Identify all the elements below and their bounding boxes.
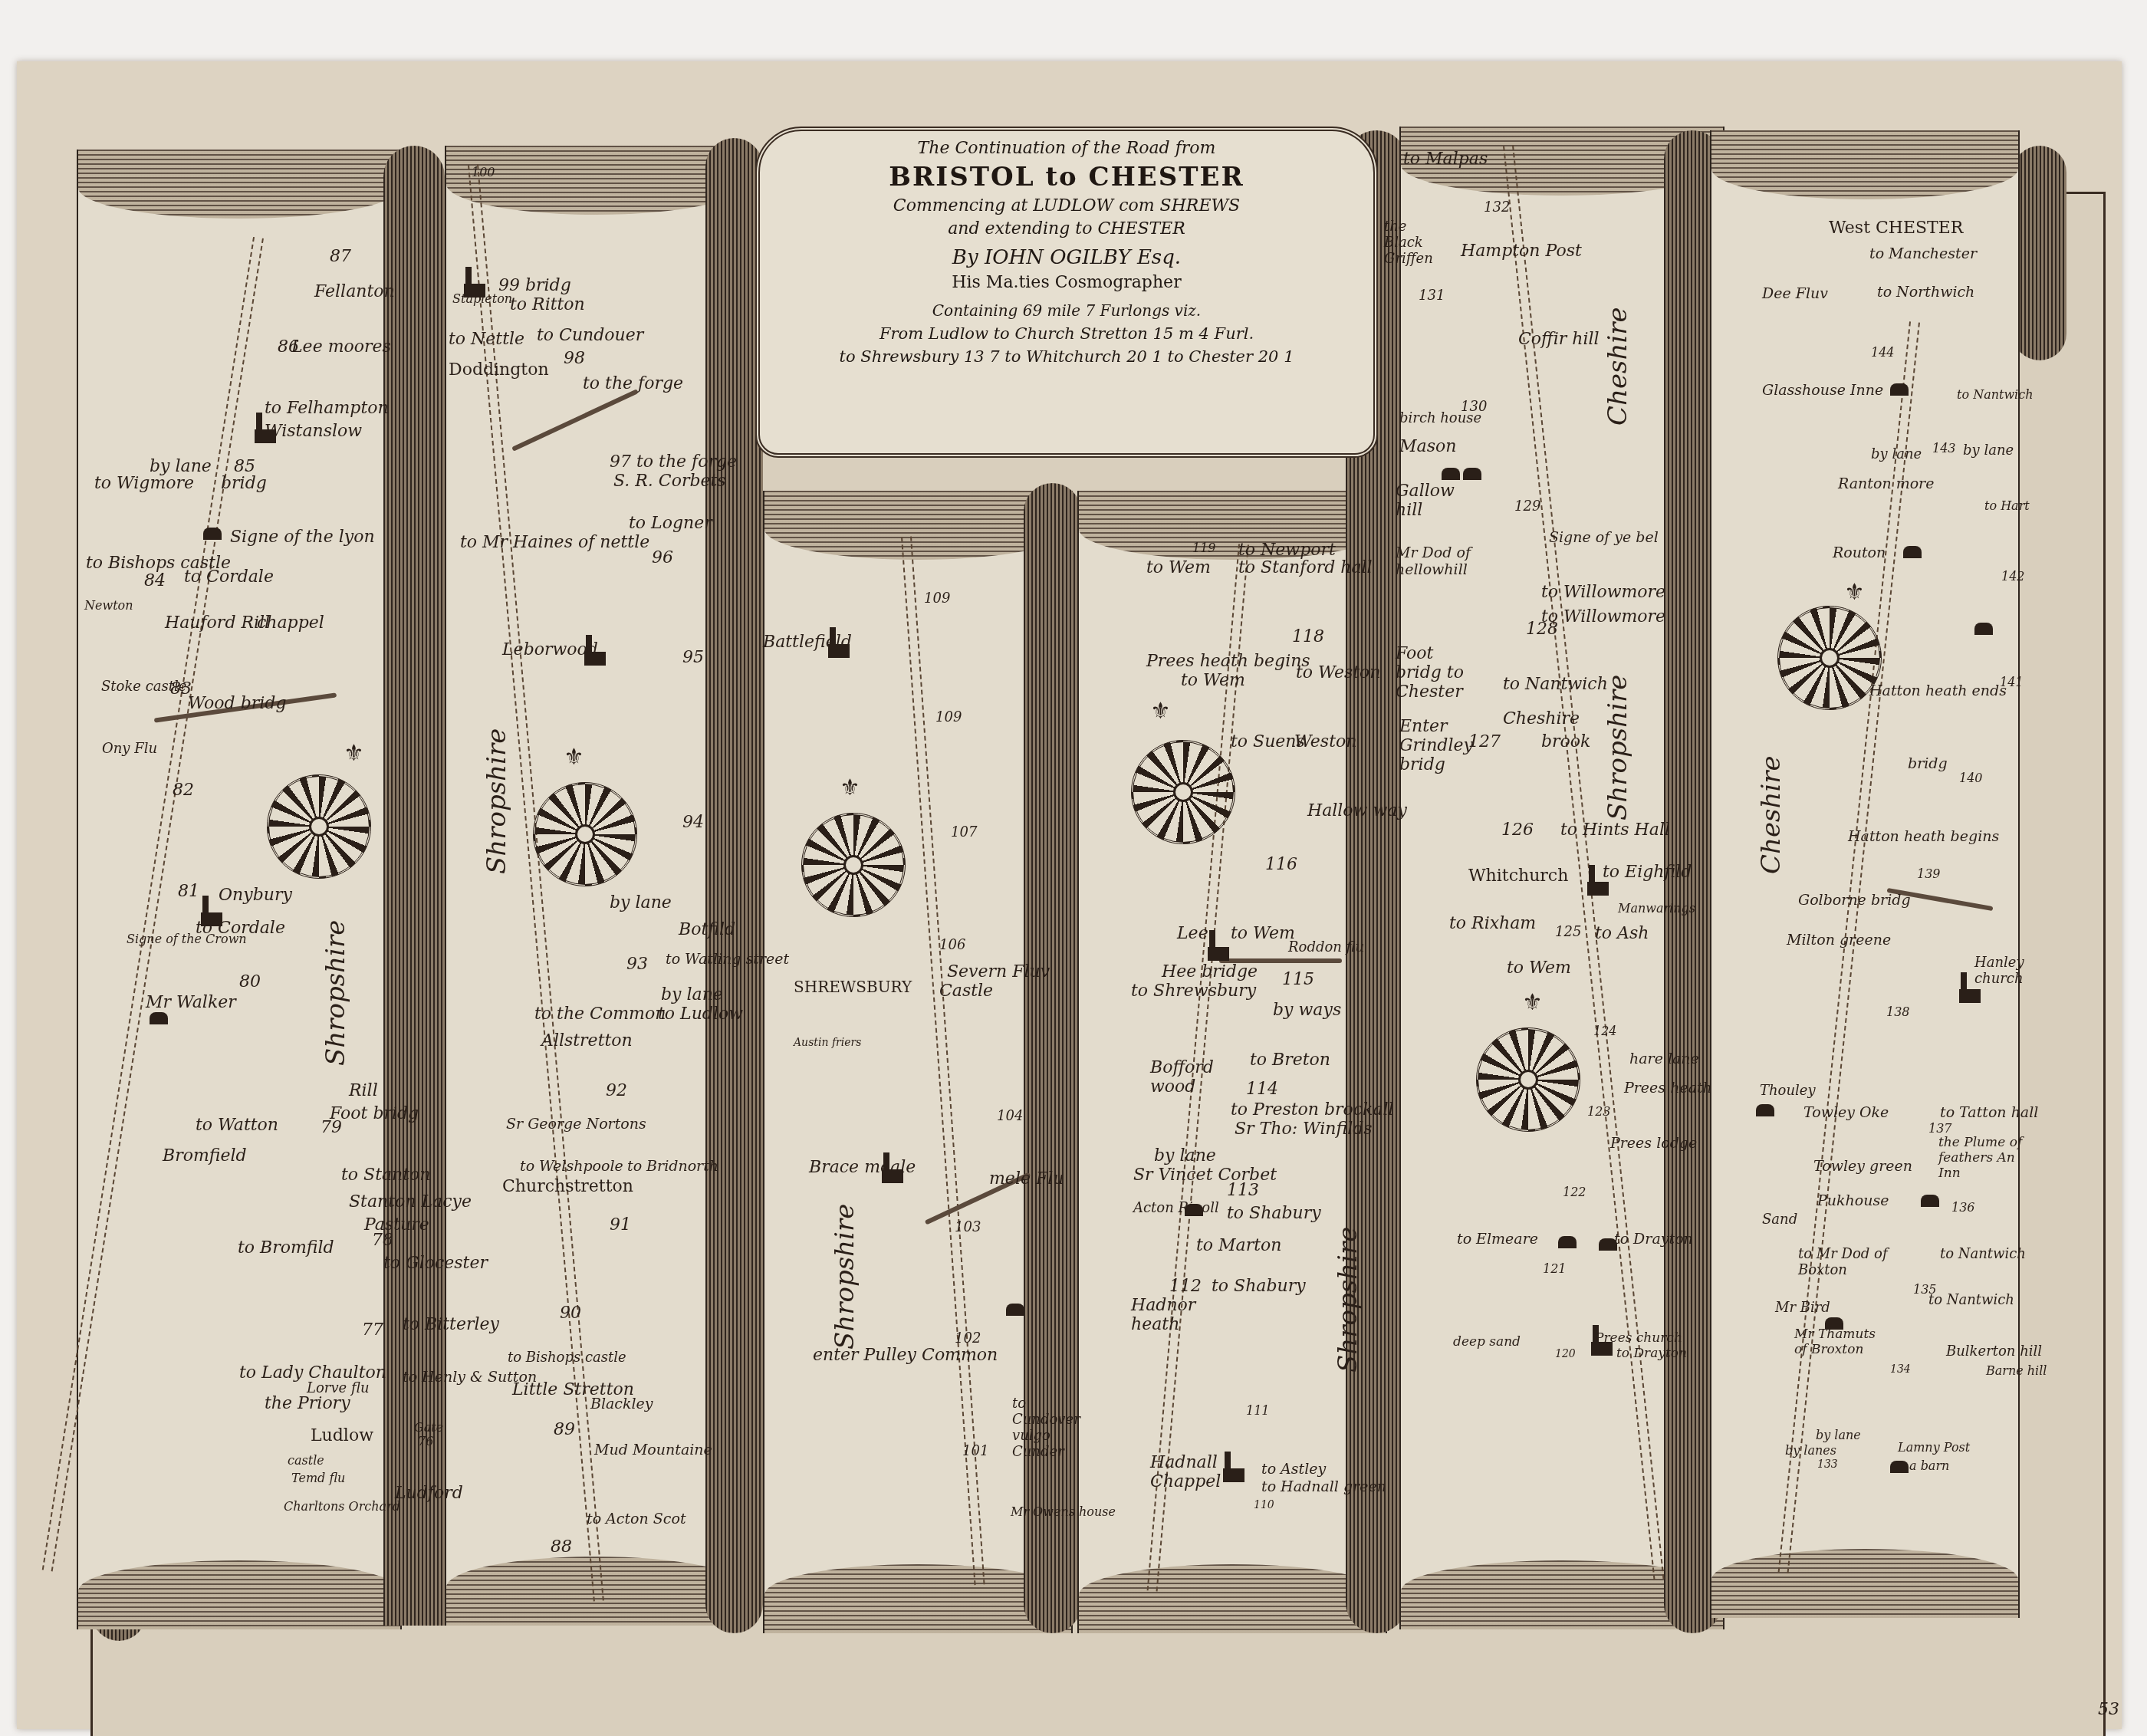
place-label: by lane xyxy=(1154,1146,1216,1166)
milepost: 122 xyxy=(1563,1185,1586,1199)
place-label: Charltons Orchard xyxy=(284,1499,400,1514)
title-line-3: Commencing at LUDLOW com SHREWS xyxy=(760,196,1373,215)
compass-rose-1 xyxy=(267,774,371,879)
place-label: to Hadnall green xyxy=(1261,1478,1386,1495)
compass-rose-2 xyxy=(533,782,637,886)
place-label: the Plume of feathers An Inn xyxy=(1938,1135,2030,1181)
place-label: Sr Tho: Winfilds xyxy=(1235,1120,1373,1139)
place-label: to Cundouer xyxy=(537,326,643,345)
milepost: 81 xyxy=(178,882,199,901)
page-number: 53 xyxy=(2098,1700,2119,1719)
fleur-de-lis-icon: ⚜ xyxy=(1150,698,1171,725)
place-label: SHREWSBURY xyxy=(794,978,912,996)
milepost: 107 xyxy=(951,824,977,840)
place-label: Mr Dod of hellowhill xyxy=(1396,544,1480,578)
place-label: to Elmeare xyxy=(1457,1231,1538,1248)
place-label: by lane xyxy=(1871,446,1922,462)
place-label: Hee bridge xyxy=(1162,962,1258,981)
place-label: to Drayton xyxy=(1614,1231,1693,1248)
place-label: by lane xyxy=(610,893,672,912)
place-label: Doddington xyxy=(449,360,549,380)
place-label: Churchstretton xyxy=(502,1177,633,1196)
place-label: to Shrewsbury xyxy=(1131,981,1256,1001)
milepost: 112 xyxy=(1169,1277,1202,1296)
milepost: 94 xyxy=(682,813,704,832)
place-label: Gallow hill xyxy=(1396,482,1442,520)
county-label: Cheshire xyxy=(1603,307,1633,426)
house-icon xyxy=(1558,1236,1577,1248)
place-label: deep sand xyxy=(1453,1334,1521,1350)
title-line-9: to Shrewsbury 13 7 to Whitchurch 20 1 to… xyxy=(760,347,1373,366)
place-label: S. R. Corbets xyxy=(613,472,726,491)
place-label: by lanes xyxy=(1785,1443,1836,1458)
milepost: 129 xyxy=(1514,498,1540,515)
milepost: 87 xyxy=(330,247,351,266)
place-label: Milton greene xyxy=(1787,932,1891,949)
place-label: Towley green xyxy=(1813,1158,1912,1175)
place-label: to Stanford hall xyxy=(1238,558,1373,577)
scroll-curl-right xyxy=(2013,146,2066,360)
place-label: to Nantwich xyxy=(1503,675,1608,694)
house-icon xyxy=(1442,468,1460,480)
place-label: Wood bridg xyxy=(188,694,287,713)
place-label: Weston xyxy=(1294,732,1356,751)
place-label: Mr Bird xyxy=(1775,1300,1830,1316)
place-label: Mr Thamuts of Broxton xyxy=(1794,1327,1886,1357)
place-label: to the Common xyxy=(534,1004,666,1024)
place-label: to the forge xyxy=(583,374,683,393)
milepost: 142 xyxy=(2001,569,2025,584)
place-label: to Willowmore xyxy=(1541,583,1665,602)
place-label: Hauford Rill xyxy=(165,613,270,633)
milepost: 102 xyxy=(955,1330,981,1346)
strip-fold-2 xyxy=(705,138,763,1633)
milepost: 104 xyxy=(997,1108,1023,1124)
place-label: by lane xyxy=(1963,442,2014,459)
milepost: 124 xyxy=(1593,1024,1617,1038)
place-label: brook xyxy=(1541,732,1590,751)
place-label: Bulkerton hill xyxy=(1946,1343,2042,1360)
place-label: Wistanslow xyxy=(265,422,362,441)
milepost: 90 xyxy=(560,1304,581,1323)
place-label: to Willowmore xyxy=(1541,607,1665,626)
house-icon xyxy=(1921,1195,1939,1207)
place-label: mele Flu xyxy=(989,1169,1064,1189)
place-label: Enter Grindley bridg xyxy=(1399,717,1461,774)
place-label: to Felhampton xyxy=(265,399,389,418)
place-label: by lane xyxy=(661,985,723,1004)
place-label: to Wem xyxy=(1507,958,1571,978)
place-label: chappel xyxy=(257,613,324,633)
place-label: the Priory xyxy=(265,1394,350,1413)
milepost: 136 xyxy=(1951,1200,1975,1215)
place-label: to Drayton xyxy=(1616,1346,1687,1361)
place-label: to Bromfild xyxy=(238,1238,334,1258)
milepost: 96 xyxy=(652,548,673,567)
place-label: Bofford wood xyxy=(1150,1058,1219,1097)
place-label: to Shabury xyxy=(1212,1277,1306,1296)
place-label: West CHESTER xyxy=(1829,219,1963,238)
milepost: 77 xyxy=(362,1320,383,1340)
house-icon xyxy=(1903,546,1922,558)
place-label: the Black Griffen xyxy=(1384,219,1438,267)
house-icon xyxy=(1463,468,1481,480)
milepost: 109 xyxy=(935,709,962,725)
milepost: 132 xyxy=(1484,199,1510,215)
milepost: 76 xyxy=(418,1434,433,1448)
place-label: to Nantwich xyxy=(1928,1292,2014,1308)
title-line-8: From Ludlow to Church Stretton 15 m 4 Fu… xyxy=(760,324,1373,343)
place-label: to Watling street xyxy=(666,951,789,968)
milepost: 118 xyxy=(1292,627,1324,646)
fleur-de-lis-icon: ⚜ xyxy=(344,740,364,767)
place-label: Hallow way xyxy=(1307,801,1407,820)
compass-rose-6 xyxy=(1777,606,1882,710)
place-label: to Nettle xyxy=(449,330,524,349)
place-label: Manwarings xyxy=(1618,901,1695,916)
milepost: 133 xyxy=(1817,1458,1838,1471)
place-label: to Cordale xyxy=(196,919,285,938)
place-label: to Malpas xyxy=(1403,150,1488,169)
milepost: 79 xyxy=(321,1118,342,1137)
place-label: Signe of ye bel xyxy=(1549,529,1659,546)
milepost: 100 xyxy=(472,165,495,179)
place-label: Hadnor heath xyxy=(1131,1296,1192,1334)
milepost: 113 xyxy=(1227,1181,1259,1200)
place-label: Bromfield xyxy=(163,1146,247,1166)
church-icon xyxy=(882,1169,903,1183)
milepost: 93 xyxy=(626,955,648,974)
milepost: 121 xyxy=(1543,1261,1567,1276)
place-label: to Wem xyxy=(1231,924,1295,943)
milepost: 128 xyxy=(1526,620,1558,639)
place-label: to Preston brockall xyxy=(1231,1100,1394,1120)
place-label: to Mr Haines of nettle xyxy=(460,533,649,552)
milepost: 140 xyxy=(1959,771,1983,785)
compass-rose-3 xyxy=(801,813,906,917)
place-label: to Bitterley xyxy=(403,1315,499,1334)
milepost: 98 xyxy=(564,349,585,368)
place-label: Roddon flu xyxy=(1288,939,1364,955)
place-label: to Marton xyxy=(1196,1236,1282,1255)
place-label: Foot bridg to Chester xyxy=(1396,644,1480,702)
county-label: Cheshire xyxy=(1756,755,1787,874)
place-label: Stanton Lacye xyxy=(349,1192,472,1212)
place-label: to Nantwich xyxy=(1957,387,2034,402)
place-label: to Northwich xyxy=(1877,284,1974,301)
place-label: to Ash xyxy=(1595,924,1649,943)
place-label: Coffir hill xyxy=(1518,330,1600,349)
place-label: to Bishops castle xyxy=(508,1350,626,1366)
place-label: to Wigmore xyxy=(94,474,194,493)
house-icon xyxy=(150,1012,168,1024)
milepost: 127 xyxy=(1468,732,1501,751)
place-label: to Astley xyxy=(1261,1461,1326,1478)
place-label: Hatton heath ends xyxy=(1869,682,2007,699)
place-label: Prees lodge xyxy=(1610,1135,1697,1152)
milepost: 89 xyxy=(554,1420,575,1439)
place-label: Onybury xyxy=(219,886,292,905)
county-label: Shropshire xyxy=(830,1204,860,1350)
place-label: to Acton Scot xyxy=(587,1511,686,1527)
title-line-7: Containing 69 mile 7 Furlongs viz. xyxy=(760,301,1373,320)
place-label: Hampton Post xyxy=(1461,242,1582,261)
place-label: enter Pulley Common xyxy=(813,1346,998,1365)
church-icon xyxy=(1208,947,1229,961)
place-label: Cheshire xyxy=(1503,709,1580,728)
place-label: Fellanton xyxy=(314,282,395,301)
place-label: Mr Owens house xyxy=(1011,1504,1116,1519)
place-label: Barne hill xyxy=(1986,1363,2047,1378)
house-icon xyxy=(1185,1204,1203,1216)
place-label: Hadnall Chappel xyxy=(1150,1453,1219,1491)
place-label: by lane xyxy=(1816,1428,1861,1442)
place-label: Botfild xyxy=(679,920,735,939)
milepost: 84 xyxy=(144,571,166,590)
place-label: to Newport xyxy=(1238,541,1336,560)
place-label: to Cordale xyxy=(184,567,274,587)
place-label: hare lane xyxy=(1629,1050,1699,1067)
house-icon xyxy=(1756,1104,1774,1116)
milepost: 123 xyxy=(1587,1104,1611,1119)
milepost: 137 xyxy=(1928,1121,1952,1136)
place-label: Severn Fluv xyxy=(947,962,1050,981)
milepost: 91 xyxy=(610,1215,631,1235)
place-label: to Welshpoole xyxy=(520,1158,623,1175)
place-label: to Ludlow xyxy=(658,1004,743,1024)
milepost: 111 xyxy=(1246,1403,1270,1418)
place-label: by ways xyxy=(1273,1001,1341,1020)
place-label: Lee xyxy=(1177,924,1208,943)
place-label: Castle xyxy=(939,981,993,1001)
place-label: Rill xyxy=(349,1081,378,1100)
place-label: Temd flu xyxy=(291,1471,345,1485)
fleur-de-lis-icon: ⚜ xyxy=(1844,579,1865,606)
place-label: Mason xyxy=(1399,437,1456,456)
milepost: 141 xyxy=(2000,675,2024,689)
county-label: Shropshire xyxy=(482,728,512,874)
place-label: Towley Oke xyxy=(1803,1104,1889,1121)
milepost: 115 xyxy=(1282,970,1314,989)
place-label: Mud Mountaine xyxy=(594,1442,712,1458)
place-label: Prees church xyxy=(1595,1330,1682,1346)
place-label: to Weston xyxy=(1296,663,1380,682)
place-label: to Hart xyxy=(1984,498,2030,513)
milepost: 119 xyxy=(1192,541,1216,555)
milepost: 103 xyxy=(955,1219,981,1235)
place-label: Glasshouse Inne xyxy=(1762,382,1883,399)
inn-icon xyxy=(203,528,222,540)
milepost: 144 xyxy=(1871,345,1895,360)
place-label: Blackley xyxy=(590,1396,653,1412)
place-label: to Watton xyxy=(196,1116,278,1135)
place-label: bridg xyxy=(1908,755,1948,772)
place-label: a barn xyxy=(1909,1458,1949,1473)
church-icon xyxy=(828,644,850,658)
place-label: to Glocester xyxy=(383,1254,488,1273)
place-label: Sr George Nortons xyxy=(506,1116,646,1133)
place-label: 99 bridg xyxy=(498,276,571,295)
compass-rose-5 xyxy=(1476,1027,1580,1132)
place-label: Ludford xyxy=(395,1484,463,1503)
title-line-4: and extending to CHESTER xyxy=(760,219,1373,238)
place-label: to Hints Hall xyxy=(1560,820,1670,840)
milepost: 106 xyxy=(939,937,965,953)
road-strip-6 xyxy=(1710,130,2020,1618)
milepost: 125 xyxy=(1555,924,1581,940)
place-label: Austin friers xyxy=(794,1037,861,1049)
place-label: Sand xyxy=(1762,1212,1797,1228)
title-line-2: BRISTOL to CHESTER xyxy=(760,162,1373,192)
place-label: Acton Rinoll xyxy=(1133,1200,1219,1216)
place-label: to Shabury xyxy=(1227,1204,1321,1223)
place-label: Mr Walker xyxy=(146,993,236,1012)
title-line-6: His Ma.ties Cosmographer xyxy=(760,273,1373,292)
place-label: to Cundover vulgo Cunder xyxy=(1012,1396,1073,1460)
fleur-de-lis-icon: ⚜ xyxy=(840,774,860,801)
milepost: 143 xyxy=(1932,441,1956,455)
county-label: Shropshire xyxy=(1333,1227,1363,1373)
place-label: to Nantwich xyxy=(1940,1246,2026,1262)
place-label: Newton xyxy=(84,598,133,613)
milepost: 82 xyxy=(173,781,194,800)
place-label: to Rixham xyxy=(1449,914,1536,933)
place-label: 97 to the forge xyxy=(610,452,737,472)
church-icon xyxy=(584,652,606,666)
place-label: to Stanton xyxy=(341,1166,431,1185)
house-icon xyxy=(1006,1304,1024,1316)
place-label: Pukhouse xyxy=(1817,1192,1889,1209)
milepost: 138 xyxy=(1886,1004,1910,1019)
milepost: 80 xyxy=(239,972,261,991)
place-label: Prees heath xyxy=(1624,1080,1712,1097)
milepost: 120 xyxy=(1555,1348,1576,1360)
place-label: to Tatton hall xyxy=(1940,1104,2038,1121)
milepost: 95 xyxy=(682,648,704,667)
place-label: Thouley xyxy=(1760,1083,1816,1099)
county-label: Shropshire xyxy=(321,920,351,1066)
place-label: Ludlow xyxy=(311,1426,373,1445)
place-label: to Breton xyxy=(1250,1050,1330,1070)
milepost: 110 xyxy=(1254,1499,1274,1511)
church-icon xyxy=(1587,882,1609,896)
place-label: castle xyxy=(288,1453,324,1468)
place-label: Lee moores xyxy=(291,337,391,357)
place-label: birch house xyxy=(1399,410,1481,426)
place-label: to Bridnorth xyxy=(627,1158,718,1175)
title-line-1: The Continuation of the Road from xyxy=(760,139,1373,158)
place-label: to Manchester xyxy=(1869,245,1977,262)
place-label: Gate xyxy=(414,1420,443,1435)
place-label: to Ritton xyxy=(510,295,585,314)
milepost: 109 xyxy=(924,590,950,607)
milepost: 101 xyxy=(962,1443,988,1459)
milepost: 114 xyxy=(1246,1080,1278,1099)
milepost: 134 xyxy=(1890,1363,1911,1376)
milepost: 116 xyxy=(1265,855,1297,874)
place-label: Hanley church xyxy=(1974,955,2028,987)
milepost: 139 xyxy=(1917,866,1941,881)
place-label: to Wem xyxy=(1181,671,1245,690)
milepost: 88 xyxy=(551,1537,572,1557)
milepost: 92 xyxy=(606,1081,627,1100)
inn-icon xyxy=(1890,383,1909,396)
place-label: to Mr Dod of Boxton xyxy=(1798,1246,1932,1278)
house-icon xyxy=(1974,623,1993,635)
place-label: Signe of the lyon xyxy=(230,528,375,547)
place-label: Ranton more xyxy=(1838,475,1934,492)
place-label: bridg xyxy=(221,474,267,493)
place-label: to Wem xyxy=(1146,558,1211,577)
barn-icon xyxy=(1890,1461,1909,1473)
milepost: 131 xyxy=(1419,288,1445,304)
place-label: Ony Flu xyxy=(102,741,157,757)
fleur-de-lis-icon: ⚜ xyxy=(1522,989,1543,1016)
place-label: Hatton heath begins xyxy=(1848,828,1999,845)
place-label: Dee Fluv xyxy=(1762,285,1828,302)
fleur-de-lis-icon: ⚜ xyxy=(564,744,584,771)
place-label: Allstretton xyxy=(541,1031,633,1050)
compass-rose-4 xyxy=(1131,740,1235,844)
milepost: 126 xyxy=(1501,820,1534,840)
strip-fold-1 xyxy=(383,146,445,1626)
church-icon xyxy=(464,284,485,298)
county-label: Shropshire xyxy=(1603,675,1633,820)
place-label: to Logner xyxy=(629,514,712,533)
strip-fold-3 xyxy=(1024,483,1081,1633)
place-label: Golborne bridg xyxy=(1798,892,1911,909)
church-icon xyxy=(255,429,276,443)
place-label: Whitchurch xyxy=(1468,866,1568,886)
church-icon xyxy=(1223,1468,1244,1482)
place-label: Lamny Post xyxy=(1898,1440,1970,1455)
title-cartouche: The Continuation of the Road from BRISTO… xyxy=(755,127,1378,458)
church-icon xyxy=(1959,989,1981,1003)
milepost: 78 xyxy=(372,1231,393,1250)
place-label: Routon xyxy=(1833,544,1886,561)
place-label: Foot bridg xyxy=(330,1104,419,1123)
place-label: to Eighfild xyxy=(1603,863,1692,882)
title-line-5: By IOHN OGILBY Esq. xyxy=(760,246,1373,269)
place-label: Prees heath begins xyxy=(1146,652,1310,671)
